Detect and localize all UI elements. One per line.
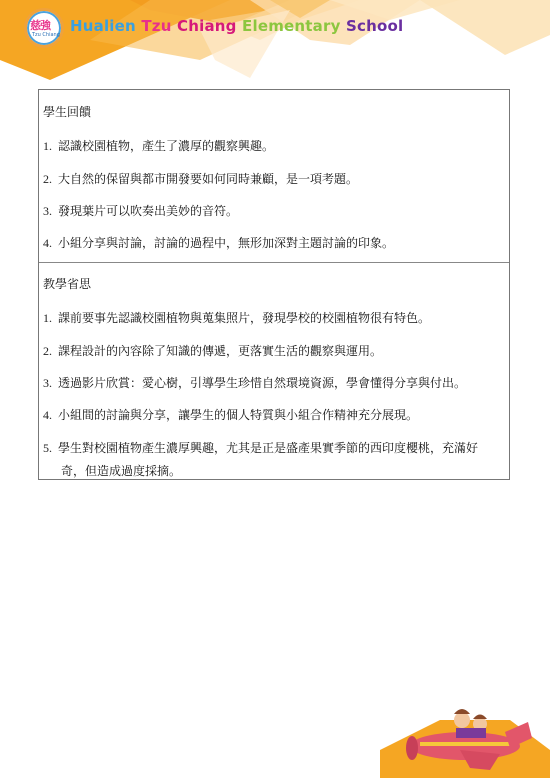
item-number: 3.: [43, 376, 52, 390]
school-name-word: School: [346, 17, 403, 35]
section-teaching-reflection: 教學省思 1.課前要事先認識校園植物與蒐集照片，發現學校的校園植物很有特色。 2…: [39, 262, 509, 479]
item-number: 1.: [43, 311, 52, 325]
section-student-feedback: 學生回饋 1.認識校園植物，產生了濃厚的觀察興趣。 2.大自然的保留與都市開發要…: [39, 90, 509, 263]
item-number: 4.: [43, 408, 52, 422]
airplane-icon: [380, 690, 550, 778]
item-text: 小組分享與討論，討論的過程中，無形加深對主題討論的印象。: [58, 236, 394, 250]
item-text: 學生對校園植物產生濃厚興趣，尤其是正是盛產果實季節的西印度櫻桃，充滿好: [58, 441, 478, 455]
list-item: 3.透過影片欣賞：愛心樹，引導學生珍惜自然環境資源，學會懂得分享與付出。: [43, 372, 503, 395]
school-name-word: Hualien: [70, 17, 136, 35]
item-text: 透過影片欣賞：愛心樹，引導學生珍惜自然環境資源，學會懂得分享與付出。: [58, 376, 466, 390]
item-text-continuation: 奇，但造成過度採摘。: [43, 460, 503, 483]
item-text: 發現葉片可以吹奏出美妙的音符。: [58, 204, 238, 218]
logo-subtext: Tzu Chiang: [32, 32, 60, 38]
header-decoration: [0, 0, 550, 90]
list-item: 1.認識校園植物，產生了濃厚的觀察興趣。: [43, 135, 503, 158]
item-number: 3.: [43, 204, 52, 218]
logo-text: 慈強: [30, 17, 50, 33]
list-item: 5.學生對校園植物產生濃厚興趣，尤其是正是盛產果實季節的西印度櫻桃，充滿好 奇，…: [43, 437, 503, 483]
airplane-illustration: [380, 690, 550, 778]
page-header: 慈強 Tzu Chiang Hualien Tzu Chiang Element…: [0, 0, 550, 90]
item-number: 1.: [43, 139, 52, 153]
school-name-word: Chiang: [177, 17, 237, 35]
item-number: 5.: [43, 441, 52, 455]
item-text: 認識校園植物，產生了濃厚的觀察興趣。: [58, 139, 274, 153]
school-name-word: Elementary: [242, 17, 341, 35]
item-text: 課前要事先認識校園植物與蒐集照片，發現學校的校園植物很有特色。: [58, 311, 430, 325]
list-item: 2.課程設計的內容除了知識的傳遞，更落實生活的觀察與運用。: [43, 340, 503, 363]
list-item: 4.小組分享與討論，討論的過程中，無形加深對主題討論的印象。: [43, 232, 503, 255]
content-table: 學生回饋 1.認識校園植物，產生了濃厚的觀察興趣。 2.大自然的保留與都市開發要…: [38, 89, 510, 480]
list-item: 3.發現葉片可以吹奏出美妙的音符。: [43, 200, 503, 223]
school-logo: 慈強 Tzu Chiang: [24, 8, 64, 48]
list-item: 4.小組間的討論與分享，讓學生的個人特質與小組合作精神充分展現。: [43, 404, 503, 427]
school-name: Hualien Tzu Chiang Elementary School: [70, 17, 403, 35]
school-name-word: Tzu: [141, 17, 171, 35]
item-text: 課程設計的內容除了知識的傳遞，更落實生活的觀察與運用。: [58, 344, 382, 358]
item-number: 4.: [43, 236, 52, 250]
section-heading: 學生回饋: [43, 103, 91, 120]
item-number: 2.: [43, 172, 52, 186]
item-text: 小組間的討論與分享，讓學生的個人特質與小組合作精神充分展現。: [58, 408, 418, 422]
section-heading: 教學省思: [43, 275, 91, 292]
item-text: 大自然的保留與都市開發要如何同時兼顧，是一項考題。: [58, 172, 358, 186]
item-number: 2.: [43, 344, 52, 358]
list-item: 2.大自然的保留與都市開發要如何同時兼顧，是一項考題。: [43, 168, 503, 191]
list-item: 1.課前要事先認識校園植物與蒐集照片，發現學校的校園植物很有特色。: [43, 307, 503, 330]
